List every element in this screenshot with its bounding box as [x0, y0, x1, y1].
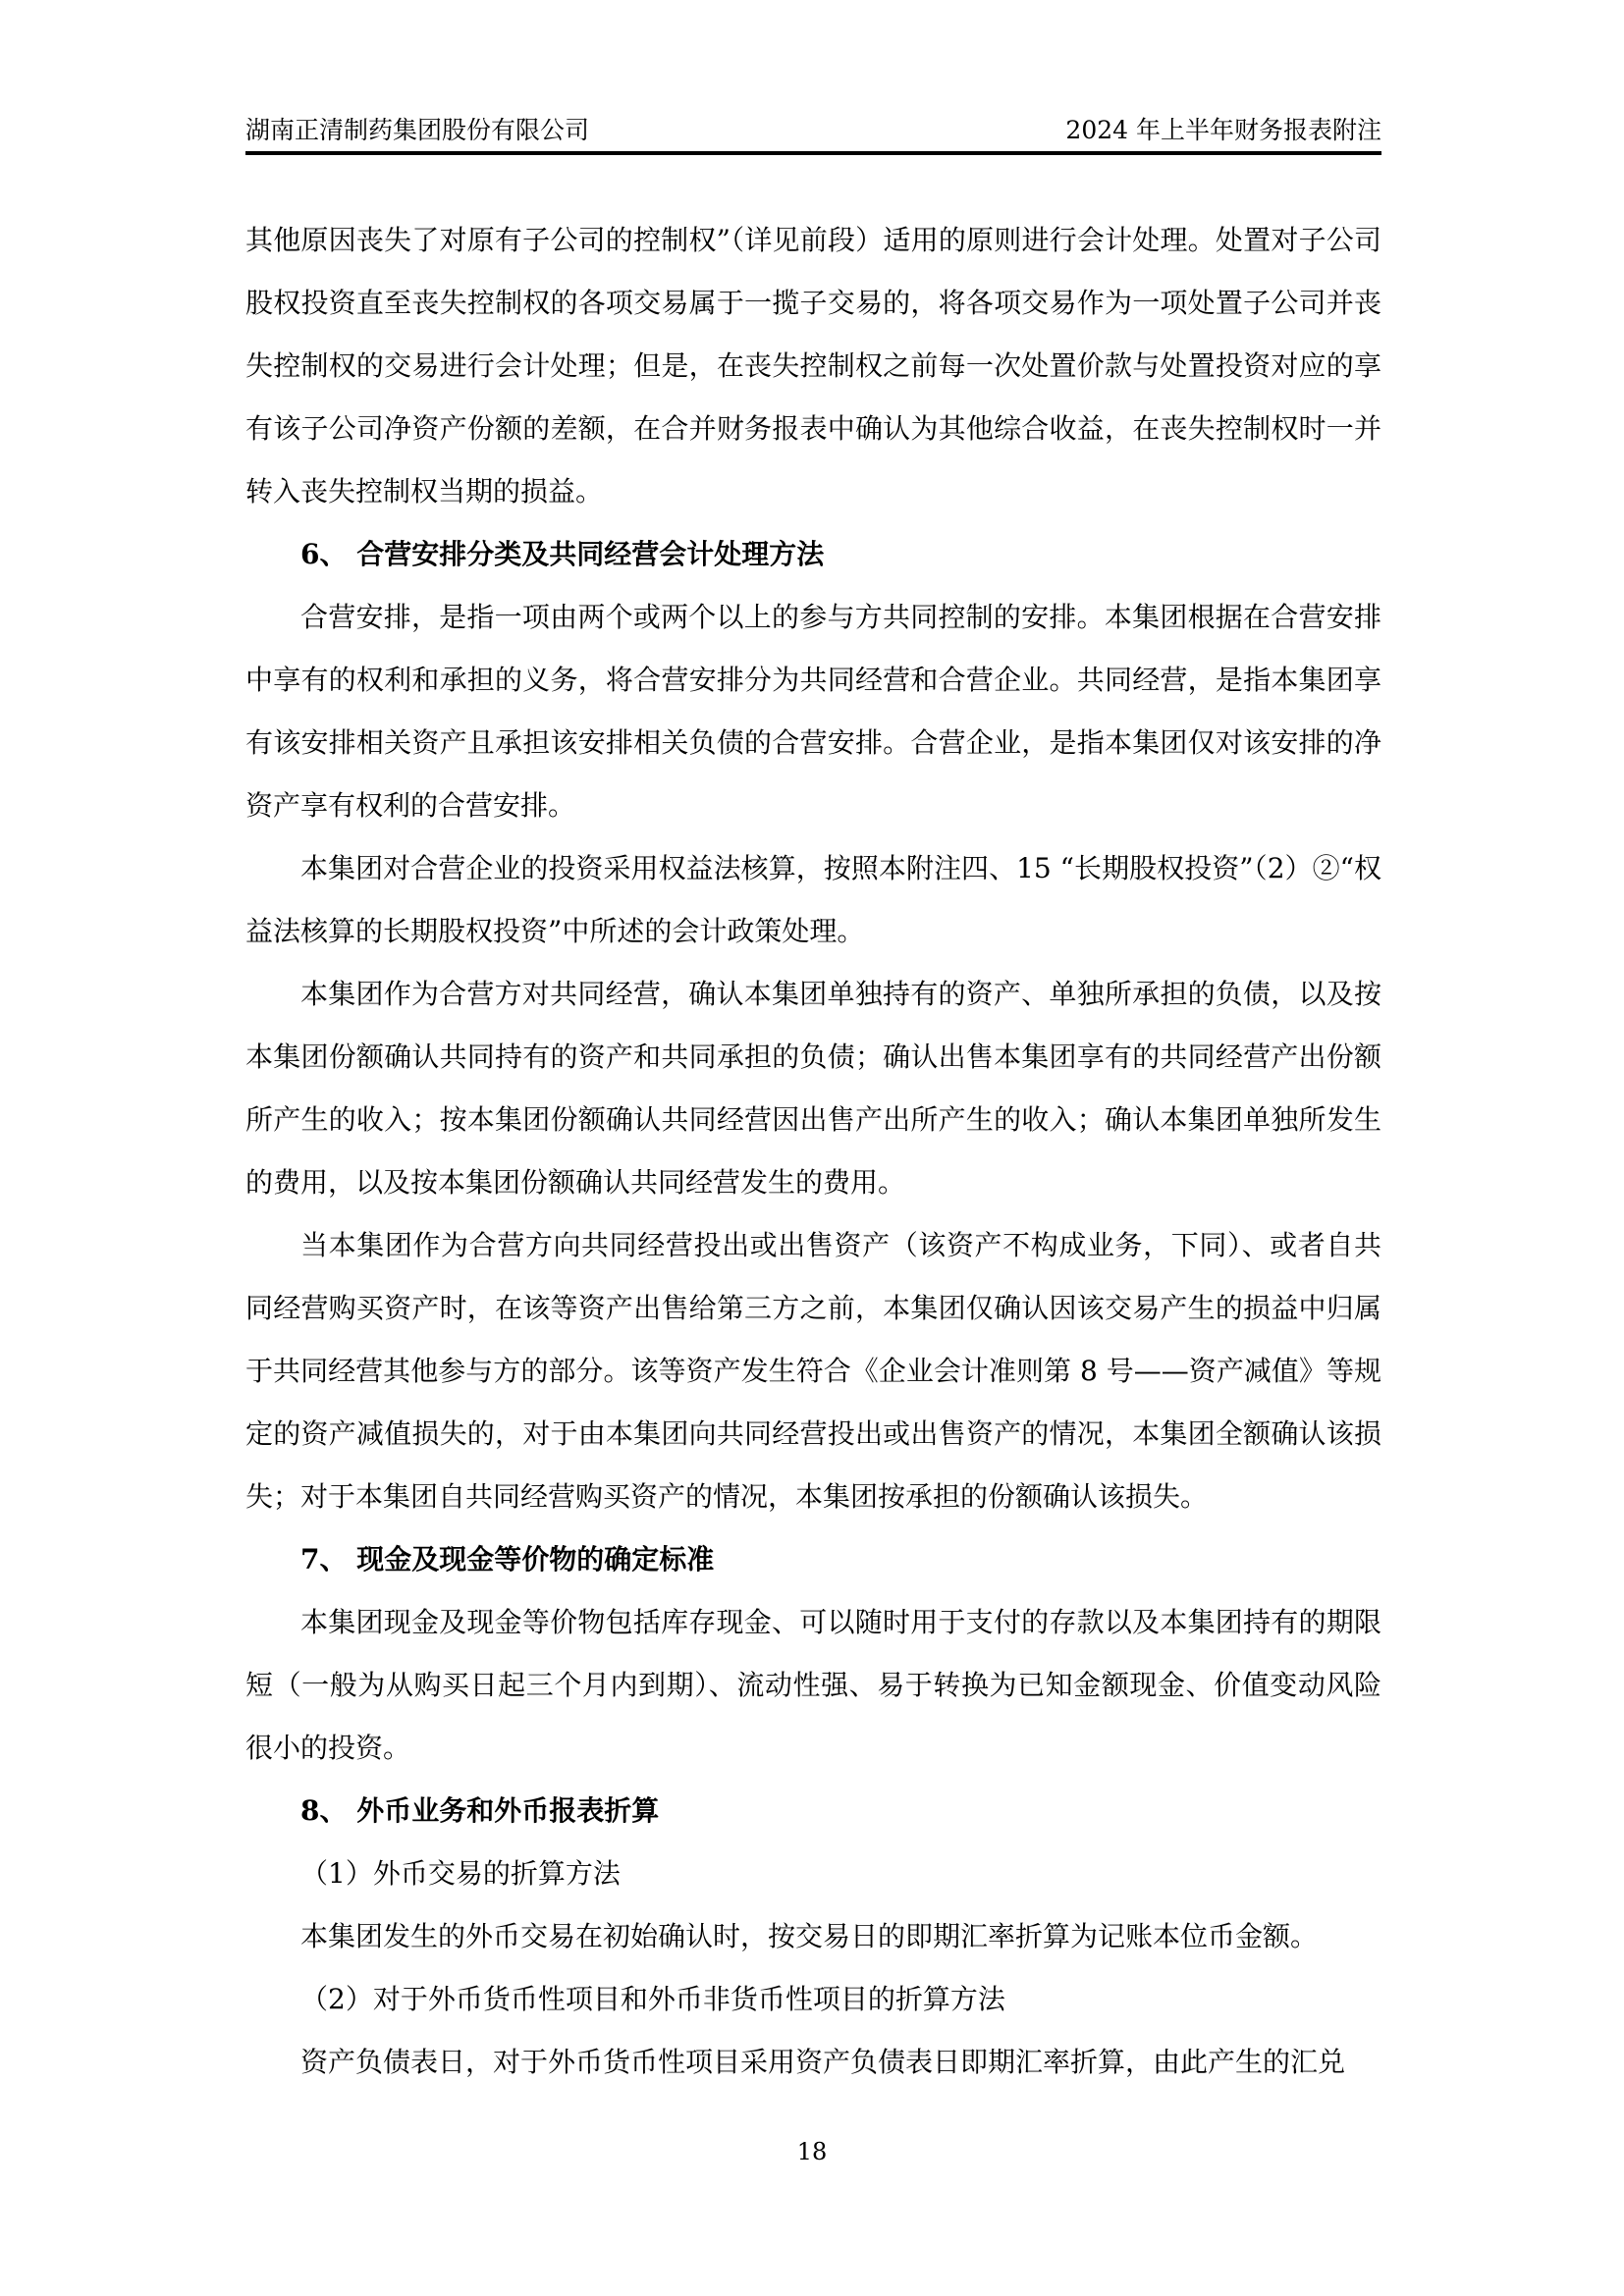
paragraph-joint-arrangement-definition: 合营安排，是指一项由两个或两个以上的参与方共同控制的安排。本集团根据在合营安排中…: [245, 586, 1381, 837]
section-heading-8: 8、 外币业务和外币报表折算: [245, 1780, 1381, 1842]
paragraph-disposal-control: 其他原因丧失了对原有子公司的控制权”（详见前段）适用的原则进行会计处理。处置对子…: [245, 209, 1381, 523]
header-company-name: 湖南正清制药集团股份有限公司: [245, 118, 589, 143]
sub-item-1-fx-translation-method: （1）外币交易的折算方法: [245, 1842, 1381, 1905]
paragraph-cash-equivalents: 本集团现金及现金等价物包括库存现金、可以随时用于支付的存款以及本集团持有的期限短…: [245, 1591, 1381, 1780]
page-footer: 18: [0, 2138, 1624, 2165]
section-heading-6: 6、 合营安排分类及共同经营会计处理方法: [245, 523, 1381, 586]
paragraph-joint-operation-asset-transactions: 当本集团作为合营方向共同经营投出或出售资产（该资产不构成业务，下同）、或者自共同…: [245, 1214, 1381, 1528]
document-page: 湖南正清制药集团股份有限公司 2024 年上半年财务报表附注 其他原因丧失了对原…: [0, 0, 1624, 2296]
paragraph-balance-sheet-date-fx: 资产负债表日，对于外币货币性项目采用资产负债表日即期汇率折算，由此产生的汇兑: [245, 2031, 1381, 2094]
sub-item-2-fx-monetary-items: （2）对于外币货币性项目和外币非货币性项目的折算方法: [245, 1968, 1381, 2031]
page-header: 湖南正清制药集团股份有限公司 2024 年上半年财务报表附注: [245, 118, 1381, 155]
paragraph-equity-method: 本集团对合营企业的投资采用权益法核算，按照本附注四、15 “长期股权投资”（2）…: [245, 837, 1381, 963]
paragraph-fx-initial-recognition: 本集团发生的外币交易在初始确认时，按交易日的即期汇率折算为记账本位币金额。: [245, 1905, 1381, 1968]
paragraph-joint-operation-recognition: 本集团作为合营方对共同经营，确认本集团单独持有的资产、单独所承担的负债，以及按本…: [245, 963, 1381, 1214]
header-report-title: 2024 年上半年财务报表附注: [1065, 118, 1381, 143]
page-number: 18: [797, 2138, 828, 2165]
section-heading-7: 7、 现金及现金等价物的确定标准: [245, 1528, 1381, 1591]
document-body: 其他原因丧失了对原有子公司的控制权”（详见前段）适用的原则进行会计处理。处置对子…: [245, 209, 1381, 2094]
